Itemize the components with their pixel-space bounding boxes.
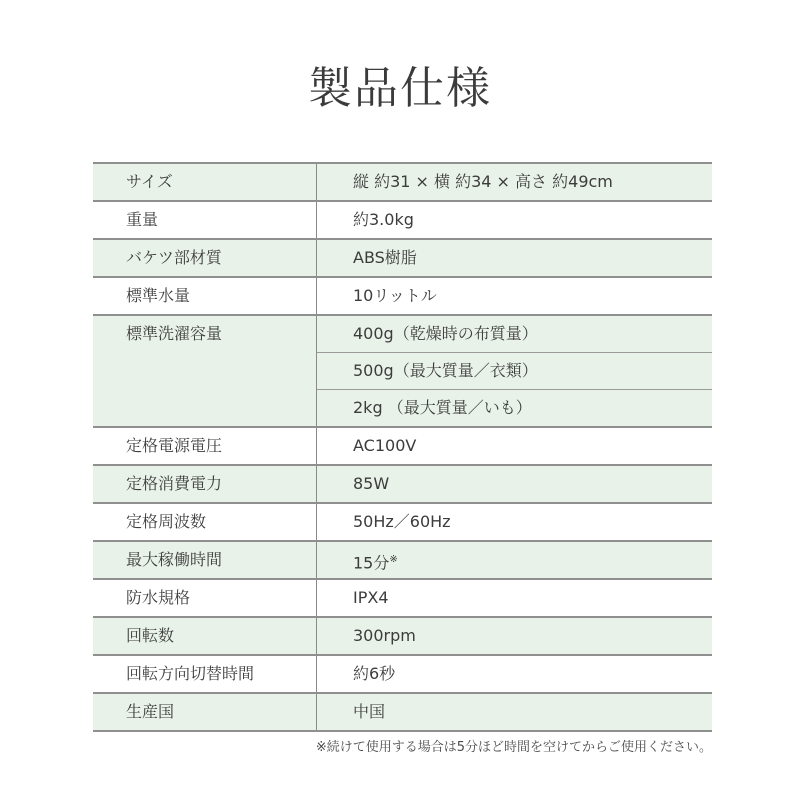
spec-value: 10リットル — [317, 278, 712, 314]
spec-row-washing-capacity: 標準洗濯容量 400g（乾燥時の布質量） 500g（最大質量／衣類） 2kg （… — [93, 316, 712, 428]
spec-label: サイズ — [93, 164, 317, 200]
spec-label: 回転方向切替時間 — [93, 656, 317, 692]
spec-label: 重量 — [93, 202, 317, 238]
spec-label: 定格消費電力 — [93, 466, 317, 502]
spec-value: 中国 — [317, 694, 712, 730]
spec-value: IPX4 — [317, 580, 712, 616]
spec-row-waterproof: 防水規格 IPX4 — [93, 580, 712, 618]
spec-value: AC100V — [317, 428, 712, 464]
spec-row-max-runtime: 最大稼働時間 15分※ — [93, 542, 712, 580]
spec-subvalues: 400g（乾燥時の布質量） 500g（最大質量／衣類） 2kg （最大質量／いも… — [317, 316, 712, 426]
spec-table: サイズ 縦 約31 × 横 約34 × 高さ 約49cm 重量 約3.0kg バ… — [93, 162, 712, 732]
footnote-mark: ※ — [389, 554, 397, 565]
spec-value: 300rpm — [317, 618, 712, 654]
page-title: 製品仕様 — [0, 52, 800, 116]
spec-value-text: 15分 — [353, 553, 389, 572]
spec-value: 縦 約31 × 横 約34 × 高さ 約49cm — [317, 164, 712, 200]
spec-label: 標準洗濯容量 — [93, 316, 317, 426]
spec-label: 最大稼働時間 — [93, 542, 317, 578]
spec-subvalue: 400g（乾燥時の布質量） — [317, 316, 712, 352]
spec-row-rotation-speed: 回転数 300rpm — [93, 618, 712, 656]
spec-row-water-volume: 標準水量 10リットル — [93, 278, 712, 316]
footnote: ※続けて使用する場合は5分ほど時間を空けてからご使用ください。 — [0, 736, 712, 755]
spec-value: 15分※ — [317, 542, 712, 578]
spec-label: バケツ部材質 — [93, 240, 317, 276]
spec-row-size: サイズ 縦 約31 × 横 約34 × 高さ 約49cm — [93, 164, 712, 202]
spec-subvalue: 2kg （最大質量／いも） — [317, 389, 712, 426]
spec-value: 50Hz／60Hz — [317, 504, 712, 540]
spec-value: 85W — [317, 466, 712, 502]
spec-row-rated-power: 定格消費電力 85W — [93, 466, 712, 504]
spec-subvalue: 500g（最大質量／衣類） — [317, 352, 712, 389]
spec-label: 定格電源電圧 — [93, 428, 317, 464]
spec-label: 定格周波数 — [93, 504, 317, 540]
spec-row-weight: 重量 約3.0kg — [93, 202, 712, 240]
spec-value: ABS樹脂 — [317, 240, 712, 276]
spec-row-material: バケツ部材質 ABS樹脂 — [93, 240, 712, 278]
spec-row-country: 生産国 中国 — [93, 694, 712, 732]
spec-label: 防水規格 — [93, 580, 317, 616]
spec-value: 約6秒 — [317, 656, 712, 692]
spec-row-rated-voltage: 定格電源電圧 AC100V — [93, 428, 712, 466]
spec-row-frequency: 定格周波数 50Hz／60Hz — [93, 504, 712, 542]
spec-row-switch-time: 回転方向切替時間 約6秒 — [93, 656, 712, 694]
spec-label: 標準水量 — [93, 278, 317, 314]
spec-label: 生産国 — [93, 694, 317, 730]
spec-label: 回転数 — [93, 618, 317, 654]
spec-value: 約3.0kg — [317, 202, 712, 238]
